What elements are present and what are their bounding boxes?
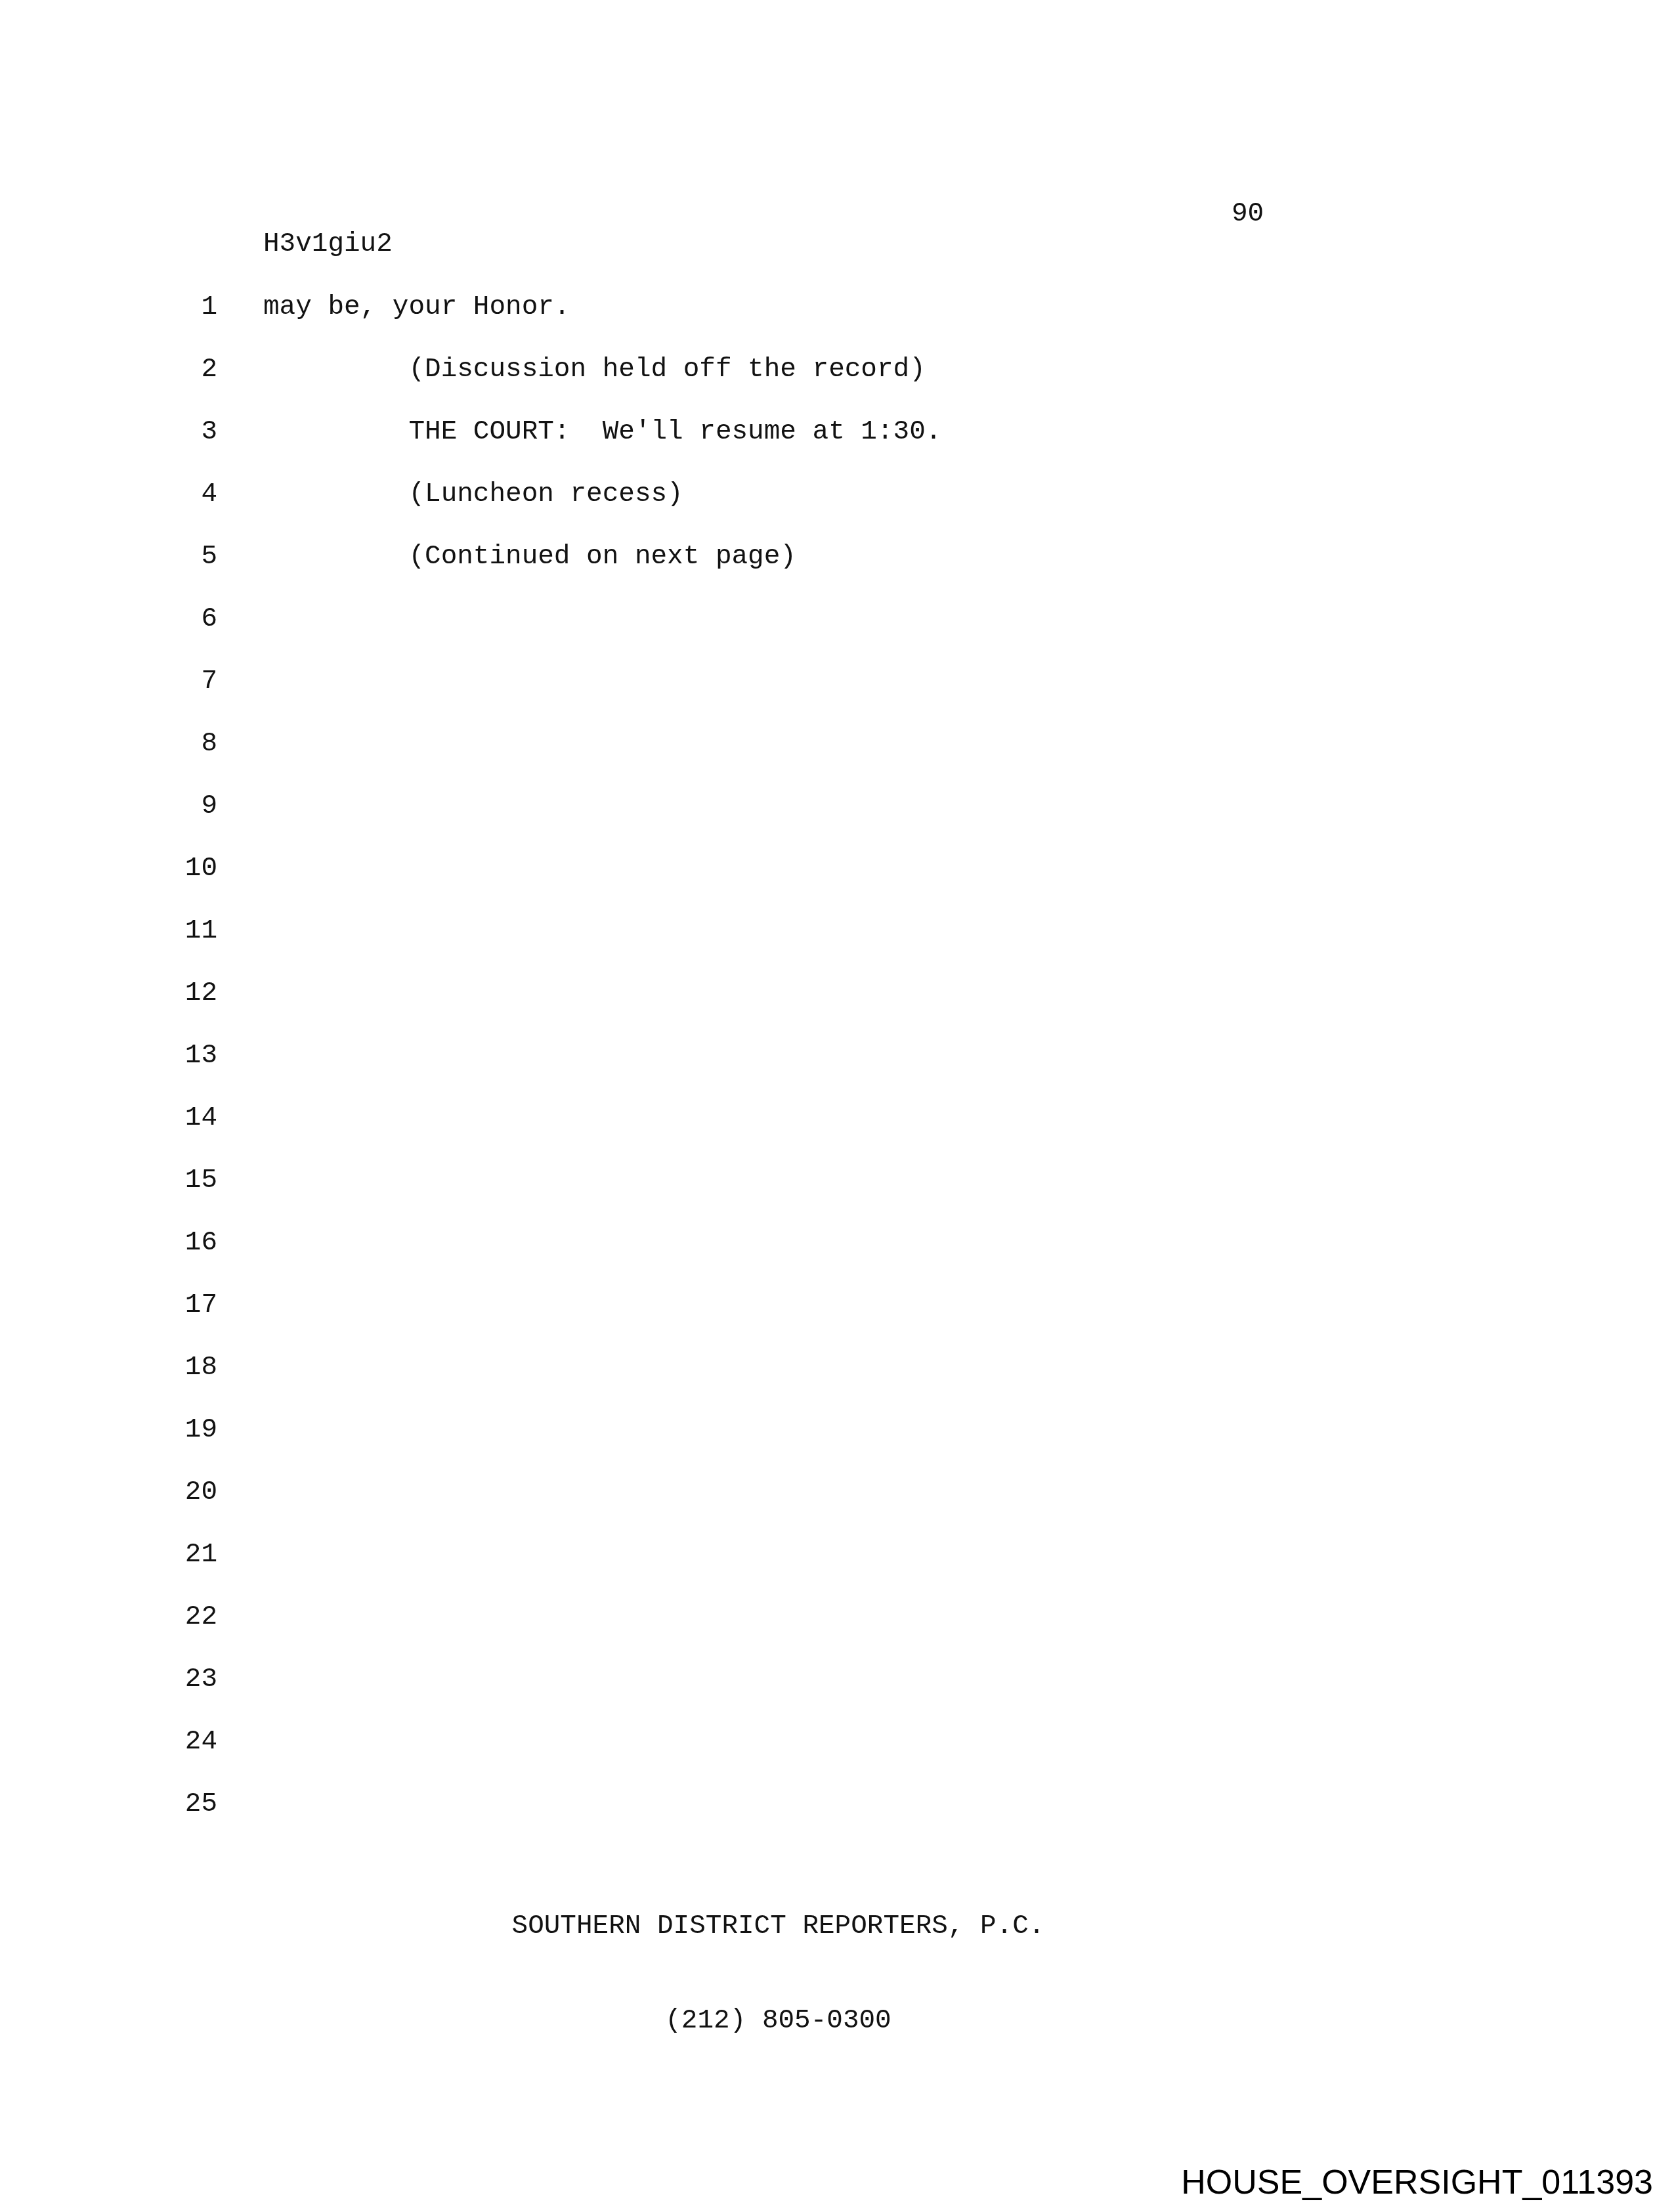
transcript-page: 90 H3v1giu2 1may be, your Honor.2 (Discu… <box>0 0 1674 2212</box>
line-number: 17 <box>0 1274 217 1337</box>
transcript-line: 18 <box>0 1337 1674 1399</box>
line-text <box>217 1150 263 1212</box>
line-number: 21 <box>0 1524 217 1586</box>
bates-stamp: HOUSE_OVERSIGHT_011393 <box>1181 2163 1653 2202</box>
reporter-name: SOUTHERN DISTRICT REPORTERS, P.C. <box>263 1911 1293 1942</box>
transcript-line: 7 <box>0 651 1674 713</box>
line-number: 2 <box>0 339 217 401</box>
line-text <box>217 838 263 900</box>
transcript-line: 22 <box>0 1586 1674 1649</box>
line-number: 16 <box>0 1212 217 1274</box>
line-number: 6 <box>0 588 217 651</box>
line-number: 3 <box>0 401 217 464</box>
transcript-line: 24 <box>0 1711 1674 1773</box>
line-number: 10 <box>0 838 217 900</box>
transcript-line: 20 <box>0 1462 1674 1524</box>
line-text <box>217 1274 263 1337</box>
transcript-line: 12 <box>0 963 1674 1025</box>
line-number: 24 <box>0 1711 217 1773</box>
line-number: 12 <box>0 963 217 1025</box>
reporter-phone: (212) 805-0300 <box>263 2005 1293 2037</box>
line-number: 15 <box>0 1150 217 1212</box>
transcript-line: 1may be, your Honor. <box>0 276 1674 339</box>
line-number: 9 <box>0 775 217 838</box>
transcript-line: 23 <box>0 1649 1674 1711</box>
line-text <box>217 1773 263 1836</box>
line-text: THE COURT: We'll resume at 1:30. <box>217 401 941 464</box>
line-text <box>217 1087 263 1150</box>
transcript-line: 19 <box>0 1399 1674 1462</box>
line-number: 7 <box>0 651 217 713</box>
line-number: 8 <box>0 713 217 775</box>
line-text <box>217 1524 263 1586</box>
line-number: 4 <box>0 464 217 526</box>
transcript-lines: 1may be, your Honor.2 (Discussion held o… <box>0 276 1674 1836</box>
transcript-line: 4 (Luncheon recess) <box>0 464 1674 526</box>
line-text: (Discussion held off the record) <box>217 339 926 401</box>
line-text <box>217 1649 263 1711</box>
line-number: 20 <box>0 1462 217 1524</box>
transcript-line: 5 (Continued on next page) <box>0 526 1674 588</box>
transcript-line: 15 <box>0 1150 1674 1212</box>
line-text <box>217 775 263 838</box>
transcript-line: 14 <box>0 1087 1674 1150</box>
line-text <box>217 588 263 651</box>
line-text <box>217 1586 263 1649</box>
line-number: 18 <box>0 1337 217 1399</box>
transcript-line: 6 <box>0 588 1674 651</box>
line-number: 23 <box>0 1649 217 1711</box>
line-text <box>217 1711 263 1773</box>
transcript-line: 2 (Discussion held off the record) <box>0 339 1674 401</box>
transcript-line: 21 <box>0 1524 1674 1586</box>
transcript-line: 13 <box>0 1025 1674 1087</box>
line-number: 19 <box>0 1399 217 1462</box>
line-text <box>217 1212 263 1274</box>
transcript-id: H3v1giu2 <box>263 229 393 259</box>
transcript-line: 9 <box>0 775 1674 838</box>
line-text: may be, your Honor. <box>217 276 570 339</box>
line-text <box>217 900 263 963</box>
transcript-line: 16 <box>0 1212 1674 1274</box>
line-text <box>217 963 263 1025</box>
line-text <box>217 1025 263 1087</box>
line-number: 14 <box>0 1087 217 1150</box>
page-number: 90 <box>1232 199 1264 229</box>
line-number: 5 <box>0 526 217 588</box>
line-number: 1 <box>0 276 217 339</box>
line-text <box>217 713 263 775</box>
reporter-footer: SOUTHERN DISTRICT REPORTERS, P.C. (212) … <box>263 1848 1293 2100</box>
line-text: (Luncheon recess) <box>217 464 683 526</box>
line-number: 11 <box>0 900 217 963</box>
line-text: (Continued on next page) <box>217 526 796 588</box>
line-text <box>217 1337 263 1399</box>
line-text <box>217 651 263 713</box>
line-text <box>217 1399 263 1462</box>
transcript-line: 17 <box>0 1274 1674 1337</box>
transcript-line: 8 <box>0 713 1674 775</box>
transcript-line: 25 <box>0 1773 1674 1836</box>
transcript-line: 11 <box>0 900 1674 963</box>
line-text <box>217 1462 263 1524</box>
line-number: 25 <box>0 1773 217 1836</box>
line-number: 22 <box>0 1586 217 1649</box>
transcript-line: 3 THE COURT: We'll resume at 1:30. <box>0 401 1674 464</box>
line-number: 13 <box>0 1025 217 1087</box>
transcript-line: 10 <box>0 838 1674 900</box>
